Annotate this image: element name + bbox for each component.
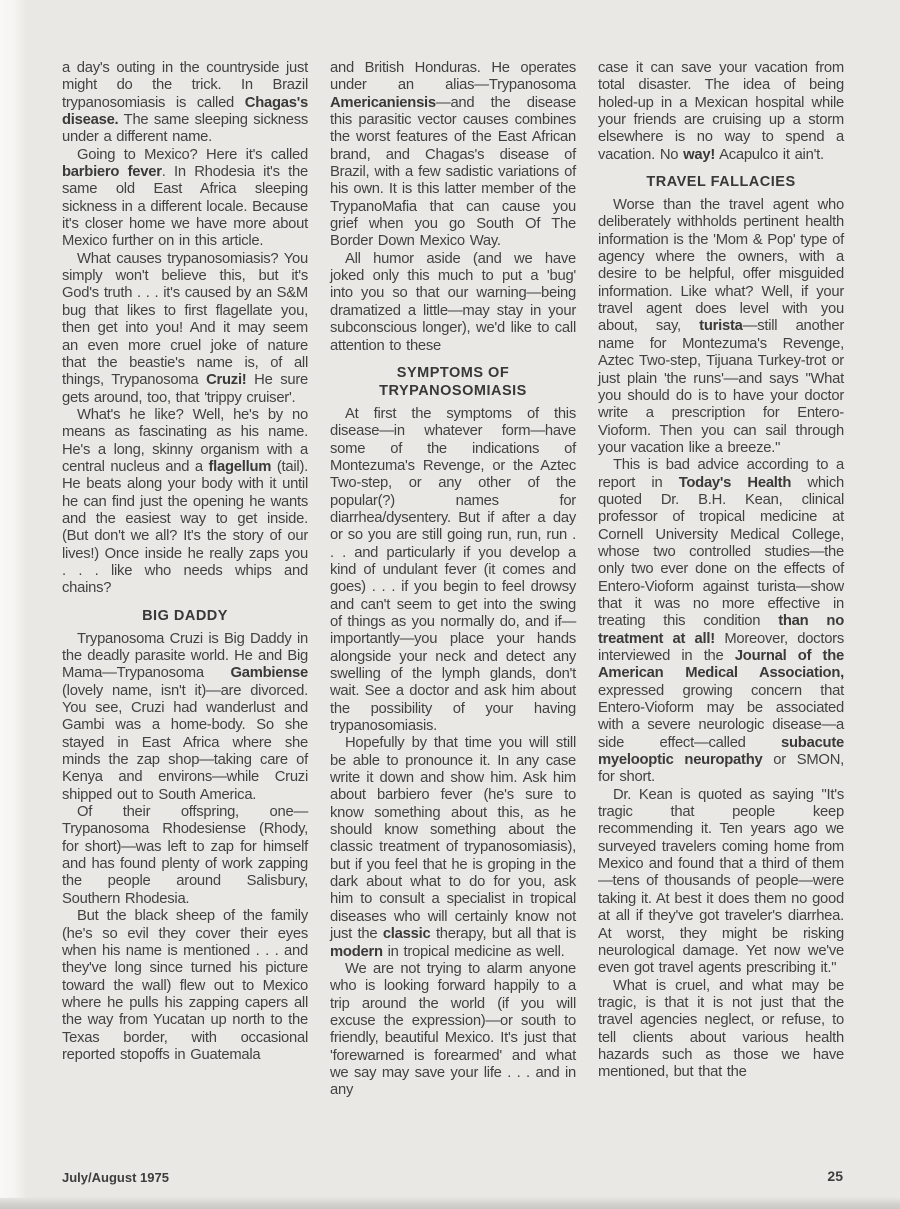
paragraph: Trypanosoma Cruzi is Big Daddy in the de… — [62, 631, 308, 804]
footer-page-number: 25 — [827, 1168, 843, 1184]
paragraph: What causes trypanosomiasis? You simply … — [62, 251, 308, 407]
body-text: All humor aside (and we have joked only … — [330, 251, 576, 354]
body-text: Going to Mexico? Here it's called — [77, 147, 308, 163]
paragraph: Dr. Kean is quoted as saying "It's tragi… — [598, 787, 844, 978]
paragraph: All humor aside (and we have joked only … — [330, 251, 576, 355]
body-text: and British Honduras. He operates under … — [330, 60, 576, 93]
magazine-page: a day's outing in the countryside just m… — [0, 0, 900, 1209]
paragraph: a day's outing in the countryside just m… — [62, 60, 308, 147]
text-column-3: case it can save your vacation from tota… — [598, 60, 844, 1100]
paragraph: We are not trying to alarm anyone who is… — [330, 961, 576, 1100]
body-text: Worse than the travel agent who delibera… — [598, 197, 844, 334]
body-text: Acapulco it ain't. — [715, 147, 824, 163]
paragraph: and British Honduras. He operates under … — [330, 60, 576, 251]
bold-text: barbiero fever — [62, 164, 162, 180]
paragraph: This is bad advice according to a report… — [598, 457, 844, 787]
body-text: in tropical medicine as well. — [383, 944, 565, 960]
bold-text: Americaniensis — [330, 95, 436, 111]
bold-text: classic — [383, 926, 431, 942]
paragraph: Going to Mexico? Here it's called barbie… — [62, 147, 308, 251]
body-text: (tail). He beats along your body with it… — [62, 459, 308, 596]
page-bottom-edge — [0, 1197, 900, 1209]
body-text: which quoted Dr. B.H. Kean, clinical pro… — [598, 475, 844, 630]
section-heading: SYMPTOMS OFTRYPANOSOMIASIS — [330, 364, 576, 400]
bold-text: modern — [330, 944, 383, 960]
bold-text: Gambiense — [230, 665, 308, 681]
bold-text: Cruzi! — [206, 372, 246, 388]
body-text: But the black sheep of the family (he's … — [62, 908, 308, 1063]
section-heading: BIG DADDY — [62, 607, 308, 625]
text-column-1: a day's outing in the countryside just m… — [62, 60, 308, 1100]
body-text: At first the symptoms of this disease—in… — [330, 406, 576, 734]
paragraph: Hopefully by that time you will still be… — [330, 735, 576, 960]
body-text: therapy, but all that is — [430, 926, 576, 942]
paragraph: But the black sheep of the family (he's … — [62, 908, 308, 1064]
body-text: What is cruel, and what may be tragic, i… — [598, 978, 844, 1081]
section-heading: TRAVEL FALLACIES — [598, 173, 844, 191]
body-text: We are not trying to alarm anyone who is… — [330, 961, 576, 1098]
bold-text: Today's Health — [679, 475, 791, 491]
body-text: —and the disease this parasitic vector c… — [330, 95, 576, 250]
paragraph: At first the symptoms of this disease—in… — [330, 406, 576, 736]
paragraph: Of their offspring, one—Trypanosoma Rhod… — [62, 804, 308, 908]
body-text: Hopefully by that time you will still be… — [330, 735, 576, 942]
paragraph: What's he like? Well, he's by no means a… — [62, 407, 308, 598]
bold-text: way! — [683, 147, 715, 163]
paragraph: Worse than the travel agent who delibera… — [598, 197, 844, 457]
paragraph: What is cruel, and what may be tragic, i… — [598, 978, 844, 1082]
article-body: a day's outing in the countryside just m… — [62, 60, 844, 1100]
paragraph: case it can save your vacation from tota… — [598, 60, 844, 164]
bold-text: flagellum — [208, 459, 271, 475]
page-left-edge — [0, 0, 27, 1198]
body-text: What causes trypanosomiasis? You simply … — [62, 251, 308, 388]
body-text: (lovely name, isn't it)—are divorced. Yo… — [62, 683, 308, 803]
body-text: Of their offspring, one—Trypanosoma Rhod… — [62, 804, 308, 907]
footer-issue-date: July/August 1975 — [62, 1170, 169, 1185]
body-text: —still another name for Montezuma's Reve… — [598, 318, 844, 455]
body-text: Dr. Kean is quoted as saying "It's tragi… — [598, 787, 844, 976]
text-column-2: and British Honduras. He operates under … — [330, 60, 576, 1100]
bold-text: turista — [699, 318, 742, 334]
